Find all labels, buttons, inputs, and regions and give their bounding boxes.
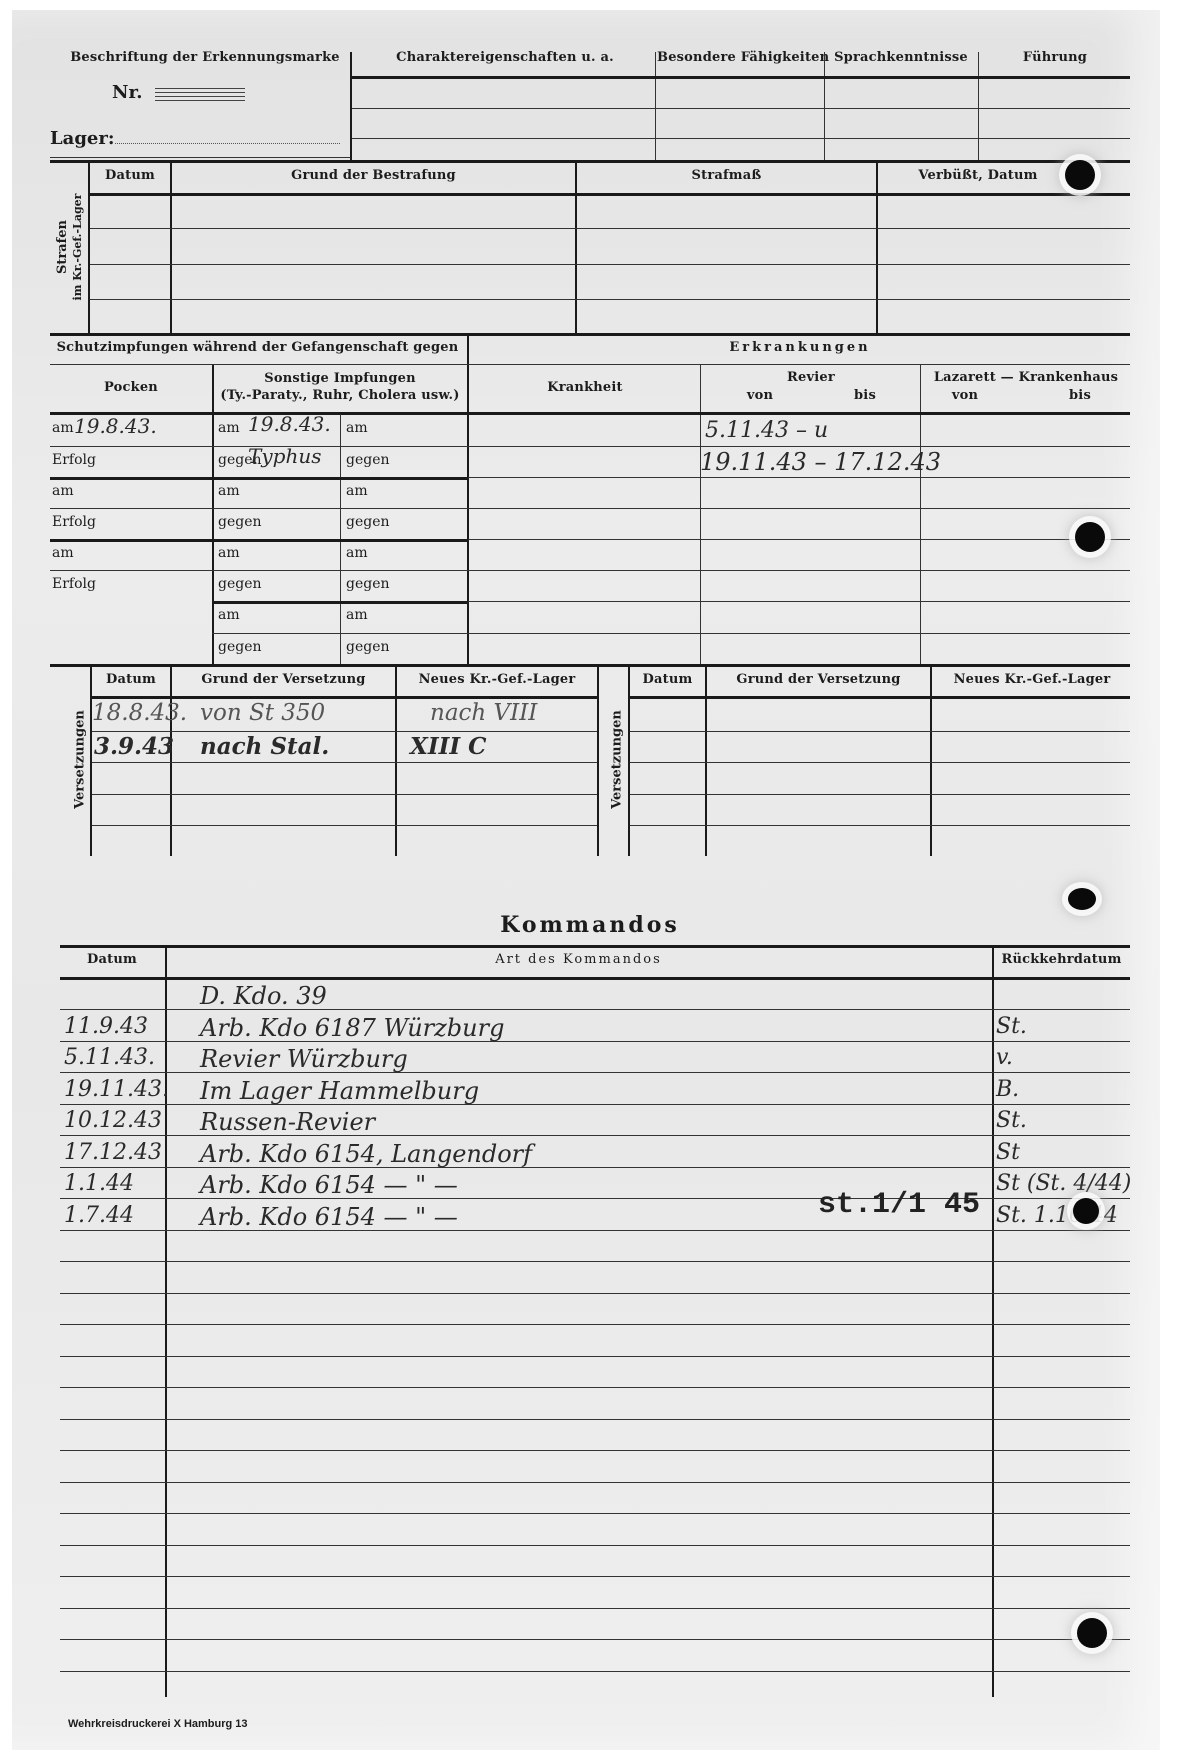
kommando-datum: 10.12.43 xyxy=(64,1108,162,1133)
versetzung-lager-header-left: Neues Kr.-Gef.-Lager xyxy=(397,672,597,687)
kommando-datum: 1.1.44 xyxy=(64,1171,134,1196)
divider xyxy=(467,335,469,665)
printer-imprint: Wehrkreisdruckerei X Hamburg 13 xyxy=(68,1718,248,1730)
punch-hole xyxy=(1065,160,1095,190)
versetzungen-side-label-right: Versetzungen xyxy=(610,700,625,820)
vaccination-value: 19.8.43. xyxy=(248,412,331,436)
strafen-sublabel: im Kr.-Gef.-Lager xyxy=(70,187,85,307)
rule xyxy=(60,1608,1130,1609)
nr-lines xyxy=(155,88,245,101)
divider xyxy=(395,666,397,856)
erkennungsmarke-header: Beschriftung der Erkennungsmarke xyxy=(70,50,340,65)
vaccination-label: Erfolg xyxy=(52,576,96,592)
punch-hole xyxy=(1073,1198,1099,1224)
divider xyxy=(824,52,825,160)
vaccination-label: am xyxy=(218,607,240,623)
versetzung-lager: XIII C xyxy=(410,733,486,760)
rule xyxy=(468,539,1130,540)
rule xyxy=(60,1545,1130,1546)
versetzung-datum-header-right: Datum xyxy=(630,672,705,687)
rule xyxy=(630,762,1130,763)
divider xyxy=(992,947,994,1697)
revier-header: Revier xyxy=(702,370,920,385)
kommando-rueckkehr: St (St. 4/44) xyxy=(996,1171,1131,1196)
versetzungen-side-label-left: Versetzungen xyxy=(73,700,88,820)
vaccination-value: Typhus xyxy=(248,444,321,468)
sonstige-header: Sonstige Impfungen xyxy=(214,371,466,386)
vaccination-label: am xyxy=(346,483,368,499)
kommando-datum: 11.9.43 xyxy=(64,1014,148,1039)
divider xyxy=(920,365,921,665)
rule xyxy=(60,1293,1130,1294)
vaccination-label: gegen xyxy=(218,514,262,530)
strafen-side-label: Strafen im Kr.-Gef.-Lager xyxy=(55,187,85,307)
divider xyxy=(930,666,932,856)
rule xyxy=(50,446,1130,447)
krankheit-header: Krankheit xyxy=(470,380,700,395)
versetzung-datum: 3.9.43 xyxy=(94,733,174,760)
revier-von-label: von xyxy=(740,388,780,403)
rule xyxy=(352,138,1130,139)
kommandos-art-header: Art des Kommandos xyxy=(166,952,991,967)
rule xyxy=(92,794,597,795)
kommandos-rueckkehr-header: Rückkehrdatum xyxy=(993,952,1130,967)
rule xyxy=(50,508,1130,509)
vaccination-label: gegen xyxy=(346,639,390,655)
rule xyxy=(60,977,1130,980)
punch-hole xyxy=(1068,888,1096,910)
divider xyxy=(165,947,167,1697)
rule xyxy=(50,412,1130,415)
versetzung-grund: von St 350 xyxy=(200,700,325,726)
kommando-art: D. Kdo. 39 xyxy=(200,982,327,1010)
kommando-art: Arb. Kdo 6187 Würzburg xyxy=(200,1014,504,1042)
revier-entry: 5.11.43 – u xyxy=(705,418,828,443)
rule xyxy=(60,1450,1130,1451)
versetzung-lager: nach VIII xyxy=(430,700,537,726)
vaccination-label: am xyxy=(346,420,368,436)
charakter-header: Charaktereigenschaften u. a. xyxy=(355,50,655,65)
rule xyxy=(630,731,1130,732)
rule xyxy=(92,731,597,732)
kommando-art: Arb. Kdo 6154 — " — xyxy=(200,1171,458,1199)
rule xyxy=(60,945,1130,948)
rule xyxy=(90,193,1130,196)
rule xyxy=(50,570,1130,571)
kommando-art: Im Lager Hammelburg xyxy=(200,1077,479,1105)
rule xyxy=(60,1261,1130,1262)
pocken-header: Pocken xyxy=(50,380,212,395)
vaccination-label: Erfolg xyxy=(52,514,96,530)
kommando-datum: 17.12.43 xyxy=(64,1140,162,1165)
strafen-verbuesst-header: Verbüßt, Datum xyxy=(878,168,1078,183)
rule xyxy=(60,1576,1130,1577)
divider xyxy=(705,666,707,856)
rule xyxy=(92,825,597,826)
kommando-datum: 5.11.43. xyxy=(64,1045,155,1070)
rule xyxy=(60,1639,1130,1640)
rule xyxy=(630,825,1130,826)
rule xyxy=(212,601,468,604)
vaccination-label: am xyxy=(346,607,368,623)
rule xyxy=(92,696,597,699)
vaccination-label: gegen xyxy=(218,576,262,592)
lager-field[interactable] xyxy=(115,143,340,144)
rule xyxy=(352,108,1130,109)
divider xyxy=(212,365,214,665)
vaccination-label: am xyxy=(346,545,368,561)
vaccination-value: 19.8.43. xyxy=(74,414,157,438)
vaccination-label: gegen xyxy=(346,452,390,468)
vaccination-label: gegen xyxy=(346,576,390,592)
rule xyxy=(50,664,1130,667)
versetzung-grund: nach Stal. xyxy=(200,733,329,760)
rule xyxy=(352,76,1130,79)
kommando-datum: 19.11.43. xyxy=(64,1077,169,1102)
strafen-strafmass-header: Strafmaß xyxy=(577,168,876,183)
divider xyxy=(575,162,577,334)
rule xyxy=(90,228,1130,229)
versetzung-datum: 18.8.43. xyxy=(92,700,187,726)
sprachkenntnisse-header: Sprachkenntnisse xyxy=(826,50,976,65)
kommando-datum: 1.7.44 xyxy=(64,1203,134,1228)
divider xyxy=(170,162,172,334)
rule xyxy=(60,1387,1130,1388)
rule xyxy=(60,1356,1130,1357)
typed-stamp: st.1/1 45 xyxy=(818,1188,980,1222)
rule xyxy=(60,1482,1130,1483)
kommando-rueckkehr: St. xyxy=(996,1014,1027,1039)
rule xyxy=(90,299,1130,300)
kommando-art: Arb. Kdo 6154 — " — xyxy=(200,1203,458,1231)
divider xyxy=(655,52,656,160)
divider xyxy=(628,666,630,856)
kommandos-datum-header: Datum xyxy=(60,952,164,967)
erkrankungen-header: Erkrankungen xyxy=(470,340,1130,355)
rule xyxy=(50,157,350,158)
rule xyxy=(212,633,1130,634)
nr-label: Nr. xyxy=(112,82,143,103)
divider xyxy=(90,666,92,856)
strafen-datum-header: Datum xyxy=(90,168,170,183)
rule xyxy=(60,1324,1130,1325)
divider xyxy=(597,666,599,856)
divider xyxy=(88,162,90,334)
schutzimpfungen-header: Schutzimpfungen während der Gefangenscha… xyxy=(50,340,465,355)
rule xyxy=(630,696,1130,699)
lazarett-von-label: von xyxy=(945,388,985,403)
divider xyxy=(170,666,172,856)
kommando-rueckkehr: St. 1.10 44 xyxy=(996,1203,1118,1228)
rule xyxy=(60,1671,1130,1672)
faehigkeiten-header: Besondere Fähigkeiten xyxy=(657,50,822,65)
kommandos-title: Kommandos xyxy=(470,912,710,938)
revier-entry: 19.11.43 – 17.12.43 xyxy=(700,448,941,476)
vaccination-label: am xyxy=(52,483,74,499)
lazarett-header: Lazarett — Krankenhaus xyxy=(922,370,1130,385)
rule xyxy=(50,160,1130,163)
vaccination-label: Erfolg xyxy=(52,452,96,468)
kommando-rueckkehr: v. xyxy=(996,1045,1013,1070)
rule xyxy=(60,1419,1130,1420)
vaccination-label: am xyxy=(218,420,240,436)
rule xyxy=(468,477,1130,478)
rule xyxy=(50,333,1130,336)
divider xyxy=(700,365,701,665)
rule xyxy=(50,539,468,542)
form-paper xyxy=(12,10,1160,1750)
kommando-rueckkehr: B. xyxy=(996,1077,1019,1102)
kommando-rueckkehr: St xyxy=(996,1140,1020,1165)
rule xyxy=(92,762,597,763)
vaccination-label: am xyxy=(218,483,240,499)
punch-hole xyxy=(1075,522,1105,552)
divider xyxy=(350,52,352,160)
vaccination-label: am xyxy=(218,545,240,561)
punch-hole xyxy=(1077,1618,1107,1648)
vaccination-label: gegen xyxy=(218,639,262,655)
kommando-art: Arb. Kdo 6154, Langendorf xyxy=(200,1140,532,1168)
lager-label: Lager: xyxy=(50,128,115,149)
rule xyxy=(90,264,1130,265)
versetzung-lager-header-right: Neues Kr.-Gef.-Lager xyxy=(932,672,1132,687)
lazarett-bis-label: bis xyxy=(1060,388,1100,403)
kommando-art: Revier Würzburg xyxy=(200,1045,408,1073)
rule xyxy=(630,794,1130,795)
divider xyxy=(876,162,878,334)
versetzung-grund-header-left: Grund der Versetzung xyxy=(172,672,395,687)
rule xyxy=(468,601,1130,602)
vaccination-label: gegen xyxy=(346,514,390,530)
rule xyxy=(50,477,468,480)
strafen-label: Strafen xyxy=(55,187,70,307)
kommando-art: Russen-Revier xyxy=(200,1108,375,1136)
vaccination-label: am xyxy=(52,420,74,436)
rule xyxy=(60,1513,1130,1514)
divider xyxy=(978,52,979,160)
strafen-grund-header: Grund der Bestrafung xyxy=(172,168,575,183)
sonstige-subheader: (Ty.-Paraty., Ruhr, Cholera usw.) xyxy=(214,388,466,403)
versetzung-datum-header-left: Datum xyxy=(92,672,170,687)
fuehrung-header: Führung xyxy=(980,50,1130,65)
versetzung-grund-header-right: Grund der Versetzung xyxy=(707,672,930,687)
revier-bis-label: bis xyxy=(845,388,885,403)
kommando-rueckkehr: St. xyxy=(996,1108,1027,1133)
vaccination-label: am xyxy=(52,545,74,561)
